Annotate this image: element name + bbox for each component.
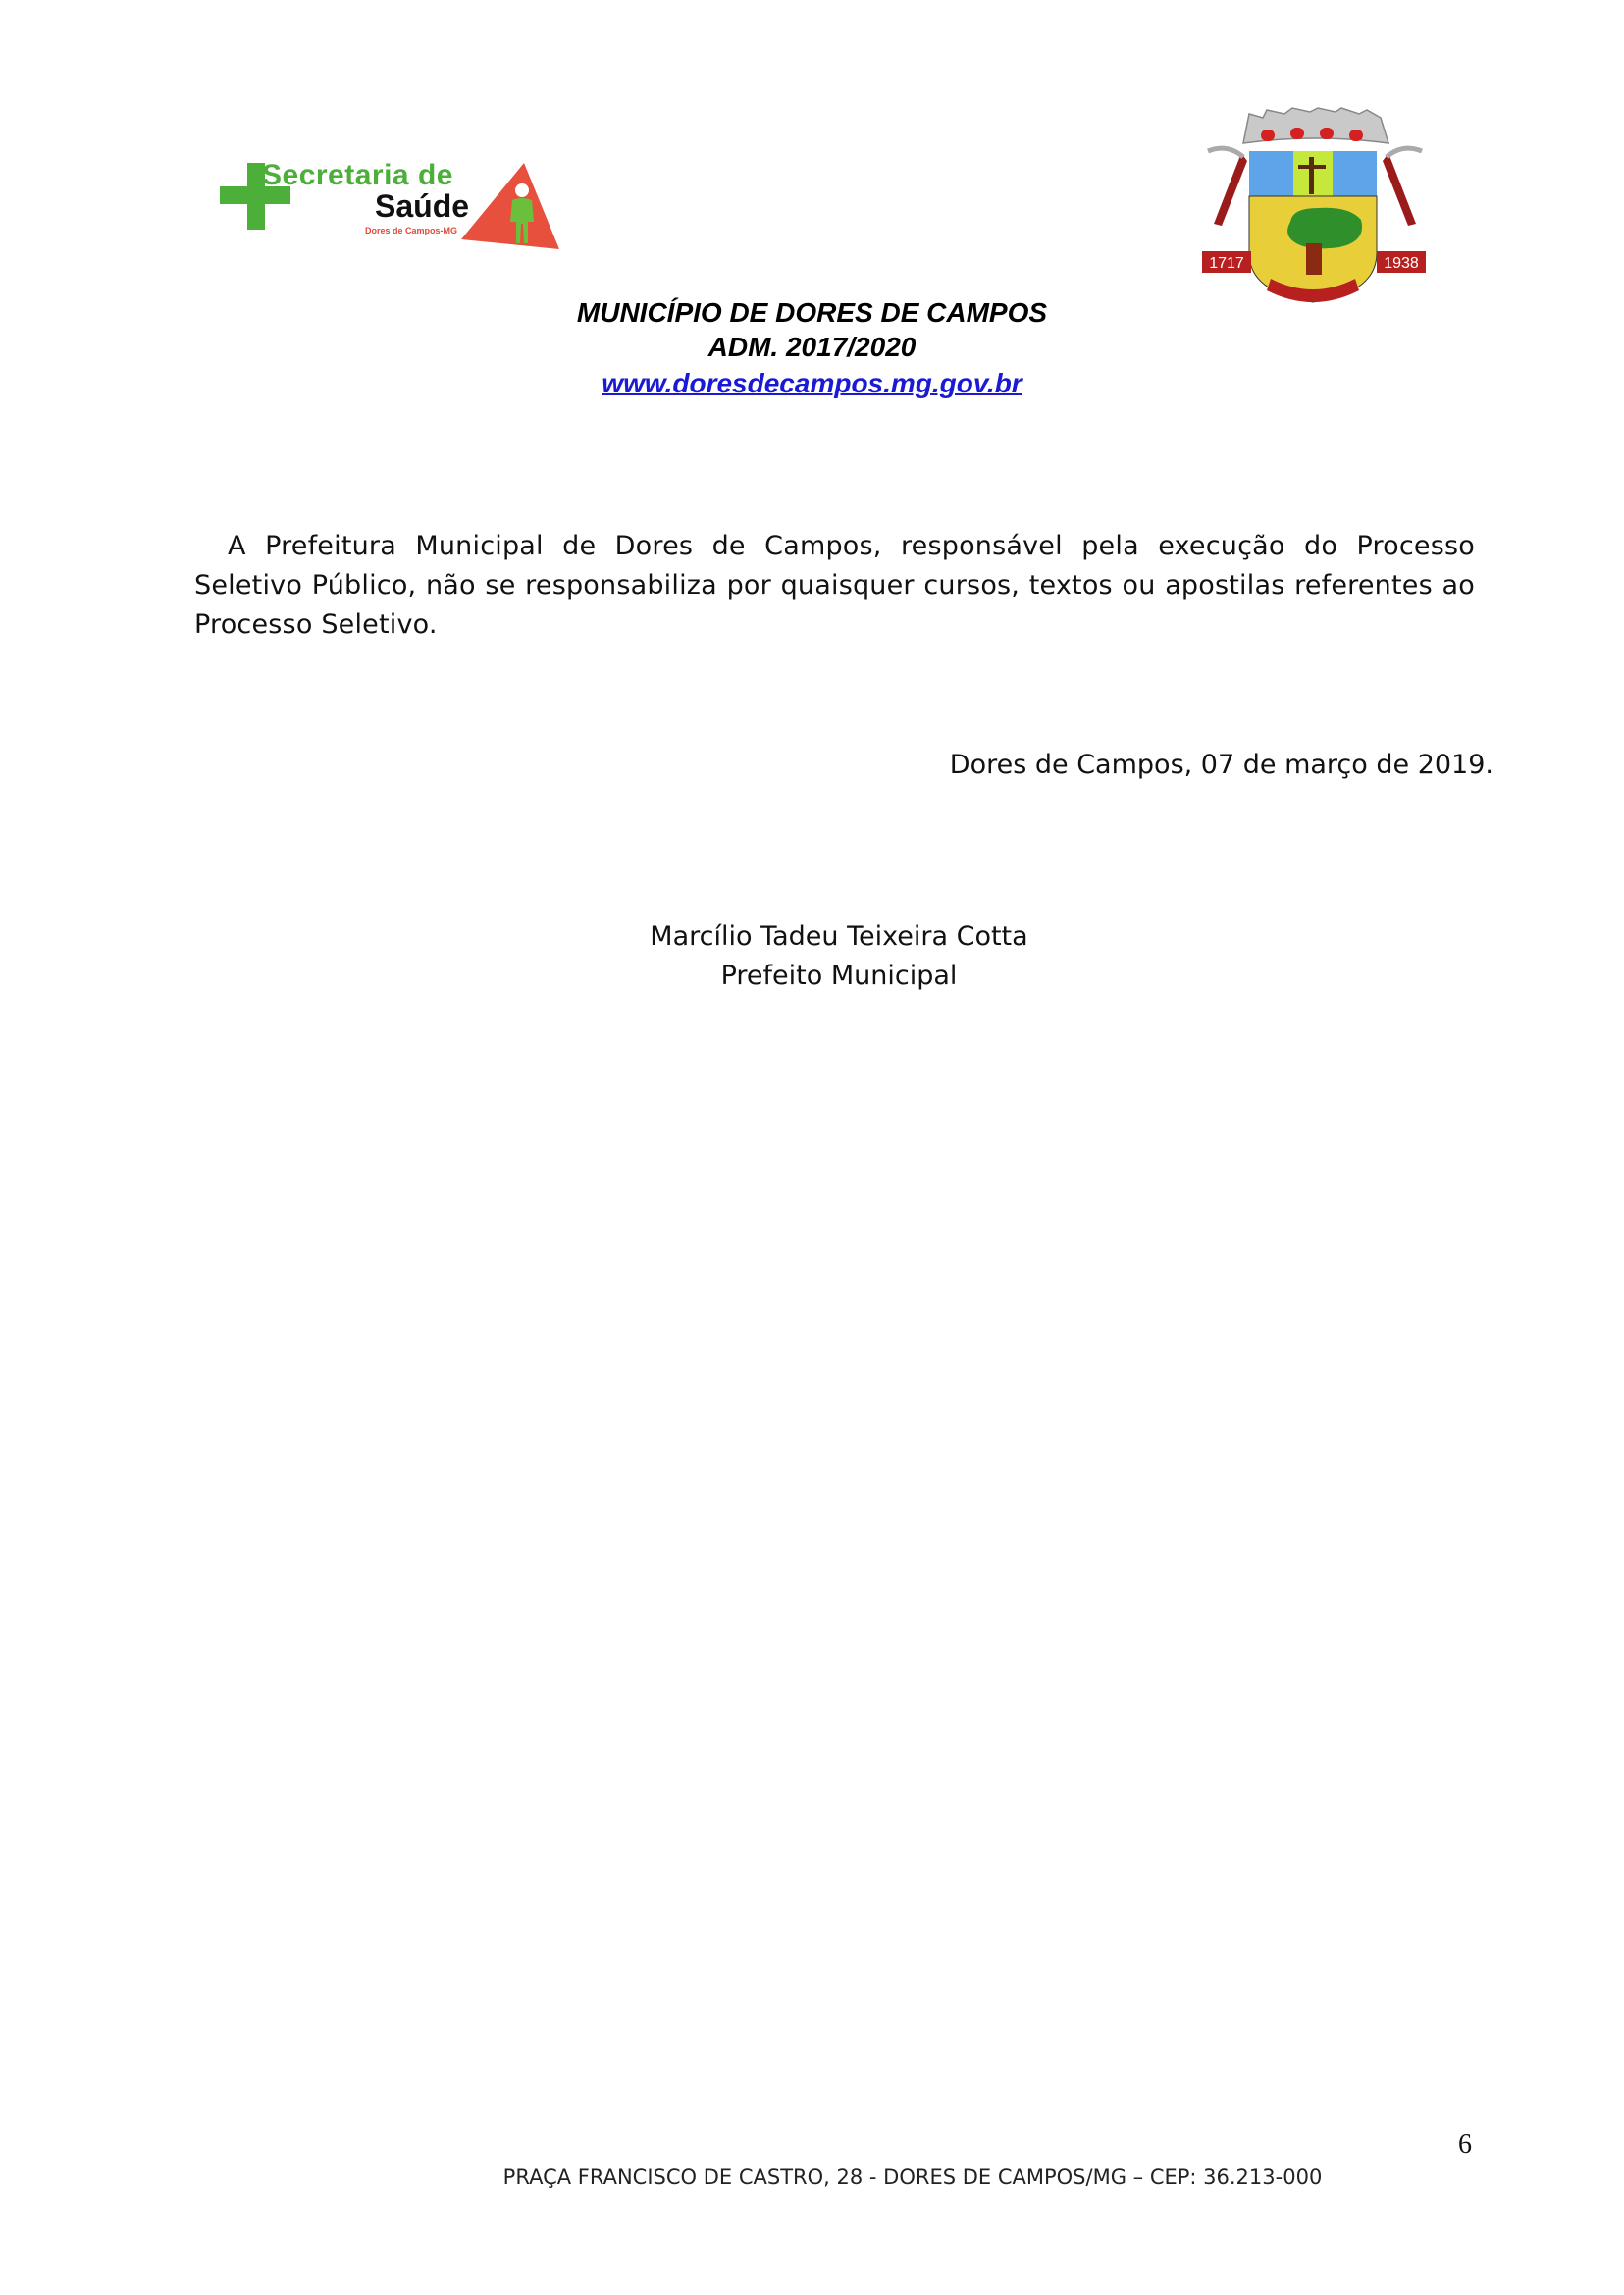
signer-name: Marcílio Tadeu Teixeira Cotta (0, 917, 1624, 957)
svg-text:1938: 1938 (1384, 255, 1419, 272)
administration-period: ADM. 2017/2020 (0, 332, 1624, 363)
footer-address: PRAÇA FRANCISCO DE CASTRO, 28 - DORES DE… (0, 2165, 1624, 2189)
municipality-title: MUNICÍPIO DE DORES DE CAMPOS (0, 297, 1624, 329)
signer-role: Prefeito Municipal (0, 957, 1624, 996)
logo-text-secretaria: Secretaria de (262, 159, 453, 192)
page-number: 6 (1458, 2129, 1472, 2161)
person-triangle-icon (453, 161, 561, 251)
website-link[interactable]: www.doresdecampos.mg.gov.br (0, 368, 1624, 399)
logo-text-saude: Saúde (375, 188, 469, 225)
date-line: Dores de Campos, 07 de março de 2019. (0, 750, 1493, 780)
secretaria-saude-logo: Secretaria de Saúde Dores de Campos-MG (218, 155, 556, 253)
logo-text-location: Dores de Campos-MG (365, 226, 457, 235)
municipal-coat-of-arms: 1717 1938 (1202, 106, 1428, 312)
disclaimer-paragraph: A Prefeitura Municipal de Dores de Campo… (194, 527, 1475, 645)
signature-block: Marcílio Tadeu Teixeira Cotta Prefeito M… (0, 917, 1624, 996)
svg-text:1717: 1717 (1209, 255, 1244, 272)
coat-of-arms-icon: 1717 1938 (1202, 106, 1428, 312)
